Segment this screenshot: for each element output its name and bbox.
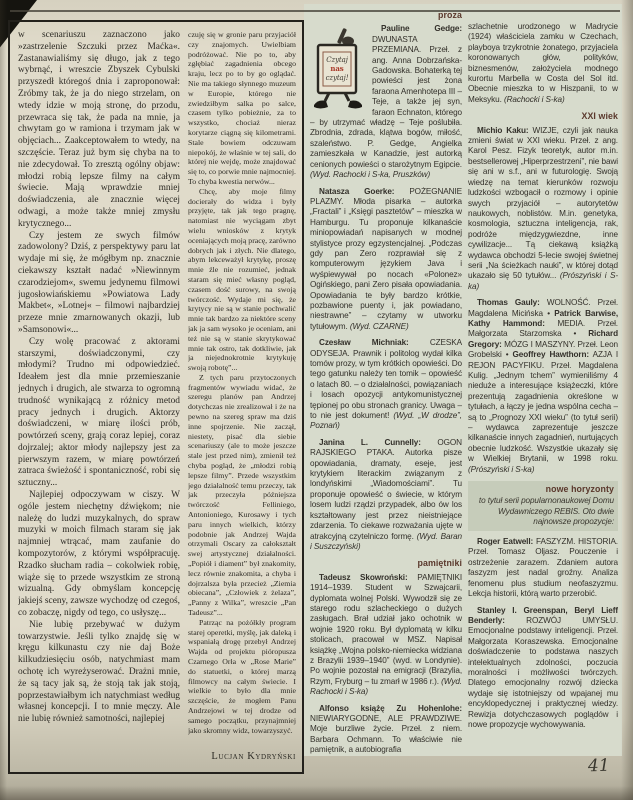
review-text: CZESKA ODYSEJA. Prawnik i politolog wyda… bbox=[310, 338, 462, 420]
walking-book-illustration: Czytaj nas czytaj! bbox=[310, 26, 366, 112]
publisher: (Wyd. Rachocki i S-ka, Pruszków) bbox=[310, 170, 430, 179]
review-item-continuation: szlachetnie urodzonego w Madrycie (1924)… bbox=[468, 22, 618, 105]
review-item: Thomas Gauly: WOLNOŚĆ. Przeł. Magdalena … bbox=[468, 298, 618, 475]
section-header-nowe-horyzonty: nowe horyzonty bbox=[472, 484, 614, 494]
review-text: NIEWIARYGODNE, ALE PRAWDZIWE. Moje burzl… bbox=[310, 714, 462, 754]
reviews-column-left: proza Czytaj nas czytaj! Pauline Gedge: … bbox=[310, 8, 462, 756]
interview-paragraph: Nie lubię przebywać w dużym towarzystwie… bbox=[18, 620, 180, 726]
review-author: Pauline Gedge: bbox=[381, 24, 462, 33]
author-signature: Lucjan Kydryński bbox=[188, 752, 296, 762]
review-author: Roger Eatwell: bbox=[477, 537, 533, 546]
review-item: Michio Kaku: WIZJE, czyli jak nauka zmie… bbox=[468, 126, 618, 293]
interview-paragraph: Czy wolę pracować z aktorami starszymi, … bbox=[18, 337, 180, 490]
review-author: Thomas Gauly: bbox=[477, 298, 540, 307]
review-item: Natasza Goerke: POŻEGNANIE PLAZMY. Młoda… bbox=[310, 187, 462, 333]
series-note: to tytuł serii popularnonaukowej Domu Wy… bbox=[472, 496, 614, 527]
review-text: FASZYZM. HISTORIA. Przeł. Tomasz Oljasz.… bbox=[468, 537, 618, 598]
review-author: Michio Kaku: bbox=[477, 126, 529, 135]
review-text: szlachetnie urodzonego w Madrycie (1924)… bbox=[468, 22, 618, 104]
interview-paragraph: w scenariuszu zaznaczono jako »zastrzele… bbox=[18, 30, 180, 231]
interview-paragraph: czuję się w gronie paru przyjaciół czy z… bbox=[188, 30, 296, 187]
review-text: PAMIĘTNIKI 1914–1939. Student w Szwajcar… bbox=[310, 573, 462, 686]
review-item: Stanley I. Greenspan, Beryl Lieff Bender… bbox=[468, 606, 618, 731]
interview-column-2-text: czuję się w gronie paru przyjaciół czy z… bbox=[188, 30, 296, 744]
review-author: Natasza Goerke: bbox=[319, 187, 394, 196]
review-item: Alfonso książę Zu Hohenlohe: NIEWIARYGOD… bbox=[310, 704, 462, 756]
interview-paragraph: Chcę, aby moje filmy docierały do widza … bbox=[188, 187, 296, 373]
review-author: Geoffrey Hawthorn: bbox=[513, 350, 590, 359]
stamp-line-1: Czytaj bbox=[326, 56, 348, 64]
review-author: Alfonso książę Zu Hohenlohe: bbox=[319, 704, 462, 713]
interview-paragraph: Czy jestem ze swych filmów zadowolony? D… bbox=[18, 231, 180, 337]
review-item: Czesław Michniak: CZESKA ODYSEJA. Prawni… bbox=[310, 338, 462, 432]
page-edge-left bbox=[0, 0, 7, 800]
review-text: OGON RAJSKIEGO PTAKA. Autorka pisze opow… bbox=[310, 438, 462, 541]
review-item: Tadeusz Skowroński: PAMIĘTNIKI 1914–1939… bbox=[310, 573, 462, 698]
page-edge-bottom bbox=[0, 786, 633, 800]
right-shoe bbox=[348, 101, 362, 109]
section-header-xxi-wiek: XXI wiek bbox=[468, 111, 618, 121]
interview-article: w scenariuszu zaznaczono jako »zastrzele… bbox=[8, 20, 304, 774]
publisher: (Prószyński i S-ka) bbox=[468, 465, 534, 474]
publisher: (Rachocki i S-ka) bbox=[504, 95, 565, 104]
review-text: ROZWÓJ UMYSŁU. Emocjonalne podstawy inte… bbox=[468, 616, 618, 729]
walking-book-stamp: Czytaj nas czytaj! bbox=[310, 26, 366, 112]
interview-column-1: w scenariuszu zaznaczono jako »zastrzele… bbox=[18, 30, 180, 762]
review-author: Janina L. Cunnelly: bbox=[319, 438, 421, 447]
review-item: Janina L. Cunnelly: OGON RAJSKIEGO PTAKA… bbox=[310, 438, 462, 552]
magazine-page: w scenariuszu zaznaczono jako »zastrzele… bbox=[0, 0, 633, 800]
interview-paragraph: Patrząc na pożółkły program starej opere… bbox=[188, 618, 296, 736]
left-shoe bbox=[314, 101, 328, 109]
review-text: AZJA I REJON PACYFIKU. Przeł. Magdalena … bbox=[468, 350, 618, 463]
reviews-column-right: szlachetnie urodzonego w Madrycie (1924)… bbox=[468, 22, 618, 754]
section-header-proza: proza bbox=[310, 10, 462, 20]
stamp-line-3: czytaj! bbox=[326, 74, 349, 82]
review-text: WIZJE, czyli jak nauka zmieni świat w XX… bbox=[468, 126, 618, 281]
page-edge-right bbox=[621, 0, 633, 800]
review-text: POŻEGNANIE PLAZMY. Młoda pisarka – autor… bbox=[310, 187, 462, 331]
nowe-horyzonty-box: nowe horyzonty to tytuł serii popularnon… bbox=[468, 481, 618, 531]
page-number: 41 bbox=[588, 756, 610, 777]
publisher: (Wyd. CZARNE) bbox=[350, 322, 409, 331]
section-header-pamietniki: pamiętniki bbox=[310, 558, 462, 568]
review-author: Czesław Michniak: bbox=[319, 338, 409, 347]
interview-paragraph: Najlepiej odpoczywam w ciszy. W ogóle je… bbox=[18, 490, 180, 620]
interview-paragraph: Z tych paru przytoczonych fragmentów wyw… bbox=[188, 373, 296, 618]
interview-column-2: czuję się w gronie paru przyjaciół czy z… bbox=[188, 30, 296, 762]
stamp-line-2: nas bbox=[330, 64, 343, 73]
review-author: Tadeusz Skowroński: bbox=[319, 573, 408, 582]
review-item: Roger Eatwell: FASZYZM. HISTORIA. Przeł.… bbox=[468, 537, 618, 599]
